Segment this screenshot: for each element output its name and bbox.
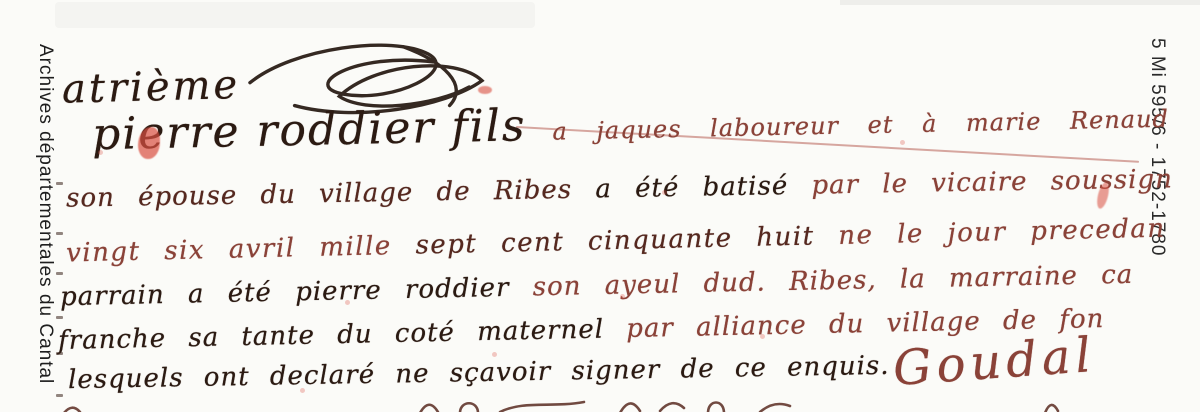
manuscript-line-3: vingt six avril mille sept cent cinquant… <box>66 216 1166 267</box>
ink-speck <box>620 294 625 299</box>
line3-seg1: vingt six avril mille <box>66 231 392 268</box>
page-edge-mark <box>56 272 63 275</box>
line2-seg2: a été batisé <box>595 171 788 204</box>
child-name-text: pierre roddier fils <box>92 104 527 157</box>
scan-smudge <box>55 2 535 28</box>
scan-smudge <box>840 0 1200 5</box>
manuscript-line-6: lesquels ont declaré ne sçavoir signer d… <box>68 353 890 393</box>
partial-next-line <box>60 398 1140 412</box>
line2-seg3: par le vicaire soussign <box>811 164 1173 200</box>
line3-seg3: ne le jour precedan <box>838 214 1166 251</box>
page-edge-mark <box>56 182 63 185</box>
ink-speck <box>760 334 765 339</box>
line6-seg1: lesquels ont declaré ne sçavoir signer d… <box>68 351 890 395</box>
ink-speck <box>492 352 497 357</box>
page-edge-mark <box>56 394 63 397</box>
manuscript-line-4: parrain a été pierre roddier son ayeul d… <box>60 262 1134 310</box>
line4-seg1: parrain a été pierre roddier <box>60 273 510 312</box>
page-edge-mark <box>56 232 63 235</box>
page-edge-mark <box>56 316 63 319</box>
archival-document-scan: Archives départementales du Cantal 5 Mi … <box>0 0 1200 412</box>
parents-text: a jaques laboureur et à marie Renaud <box>552 107 1169 144</box>
line3-seg2: sept cent cinquante huit <box>415 221 815 260</box>
ink-speck <box>662 190 667 195</box>
ink-speck <box>98 150 103 155</box>
line2-seg1: son épouse du village de Ribes <box>66 175 573 214</box>
line5-seg1: franche sa tante du coté maternel <box>58 315 605 356</box>
manuscript-line-2: son épouse du village de Ribes a été bat… <box>66 166 1173 211</box>
page-edge-mark <box>56 352 63 355</box>
heading-word: atrième <box>62 65 241 110</box>
ink-speck <box>900 140 905 145</box>
ink-speck <box>345 300 350 305</box>
archive-name-label: Archives départementales du Cantal <box>34 44 56 384</box>
ink-speck <box>300 388 305 393</box>
